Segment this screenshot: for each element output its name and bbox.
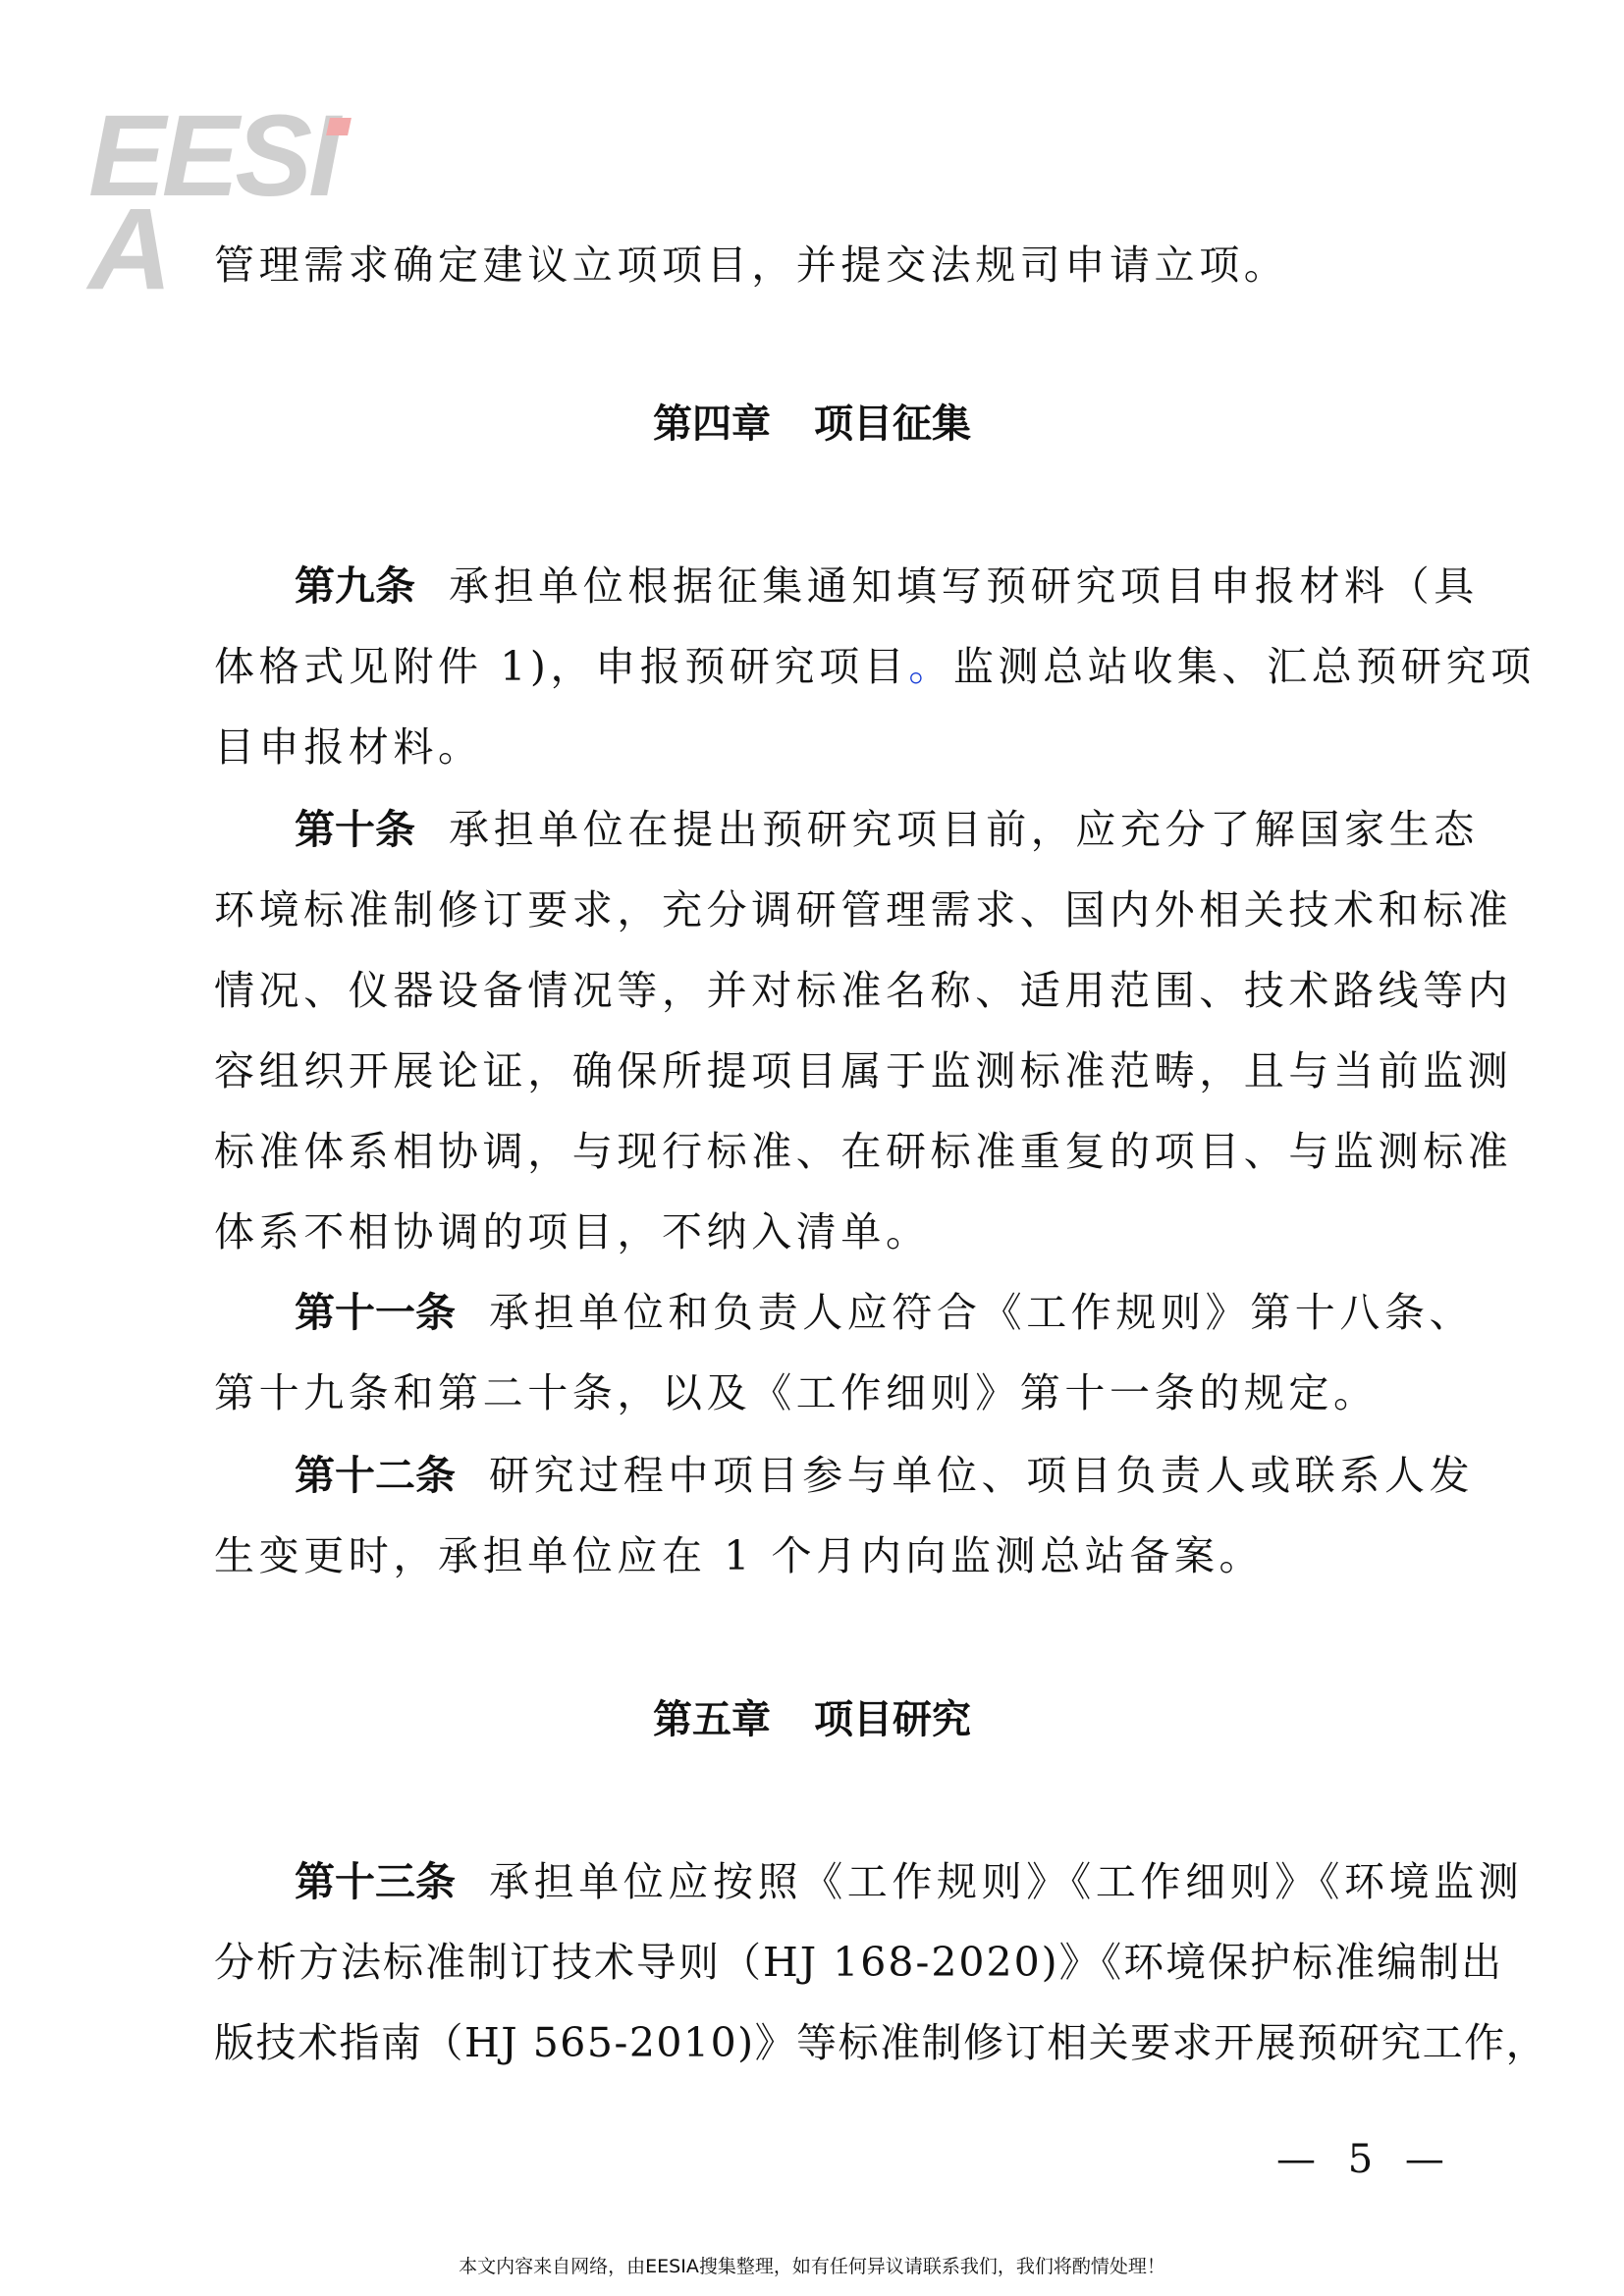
- article-11-line-1: 第十一条承担单位和负责人应符合《工作规则》第十八条、: [295, 1285, 1424, 1340]
- article-label: 第九条: [295, 562, 415, 610]
- article-label: 第十三条: [295, 1858, 456, 1905]
- article-label: 第十条: [295, 806, 415, 853]
- article-10-line-2: 环境标准制修订要求，充分调研管理需求、国内外相关技术和标准: [214, 882, 1424, 937]
- article-13-line-1: 第十三条承担单位应按照《工作规则》《工作细则》《环境监测: [295, 1854, 1424, 1909]
- logo-accent: [326, 118, 352, 135]
- article-10-line-6: 体系不相协调的项目，不纳入清单。: [214, 1204, 1424, 1259]
- article-label: 第十二条: [295, 1452, 456, 1499]
- chapter-5-heading: 第五章项目研究: [0, 1692, 1624, 1747]
- article-12-line-2: 生变更时，承担单位应在 1 个月内向监测总站备案。: [214, 1528, 1424, 1583]
- continued-paragraph: 管理需求确定建议立项项目，并提交法规司申请立项。: [214, 238, 1424, 293]
- eesia-watermark-logo: EESIA: [88, 110, 403, 203]
- article-9-line-2: 体格式见附件 1)，申报预研究项目。监测总站收集、汇总预研究项: [214, 639, 1424, 694]
- article-label: 第十一条: [295, 1289, 456, 1336]
- chapter-title: 项目研究: [814, 1697, 971, 1742]
- blue-period-mark: 。: [908, 643, 953, 690]
- chapter-4-heading: 第四章项目征集: [0, 397, 1624, 452]
- page-number: — 5 —: [1276, 2136, 1454, 2183]
- article-10-line-1: 第十条承担单位在提出预研究项目前，应充分了解国家生态: [295, 802, 1424, 857]
- article-10-line-4: 容组织开展论证，确保所提项目属于监测标准范畴，且与当前监测: [214, 1043, 1424, 1098]
- article-9-line-3: 目申报材料。: [214, 720, 1424, 774]
- article-11-line-2: 第十九条和第二十条，以及《工作细则》第十一条的规定。: [214, 1365, 1424, 1420]
- chapter-number: 第五章: [653, 1697, 771, 1742]
- article-12-line-1: 第十二条研究过程中项目参与单位、项目负责人或联系人发: [295, 1448, 1424, 1503]
- chapter-title: 项目征集: [814, 401, 971, 447]
- article-13-line-3: 版技术指南（HJ 565-2010)》等标准制修订相关要求开展预研究工作，: [214, 2015, 1424, 2070]
- source-disclaimer-footer: 本文内容来自网络，由EESIA搜集整理，如有任何异议请联系我们，我们将酌情处理！: [0, 2254, 1624, 2279]
- article-10-line-3: 情况、仪器设备情况等，并对标准名称、适用范围、技术路线等内: [214, 963, 1424, 1018]
- article-9-line-1: 第九条承担单位根据征集通知填写预研究项目申报材料（具: [295, 559, 1424, 614]
- chapter-number: 第四章: [653, 401, 771, 447]
- article-13-line-2: 分析方法标准制订技术导则（HJ 168-2020)》《环境保护标准编制出: [214, 1935, 1424, 1990]
- article-10-line-5: 标准体系相协调，与现行标准、在研标准重复的项目、与监测标准: [214, 1124, 1424, 1179]
